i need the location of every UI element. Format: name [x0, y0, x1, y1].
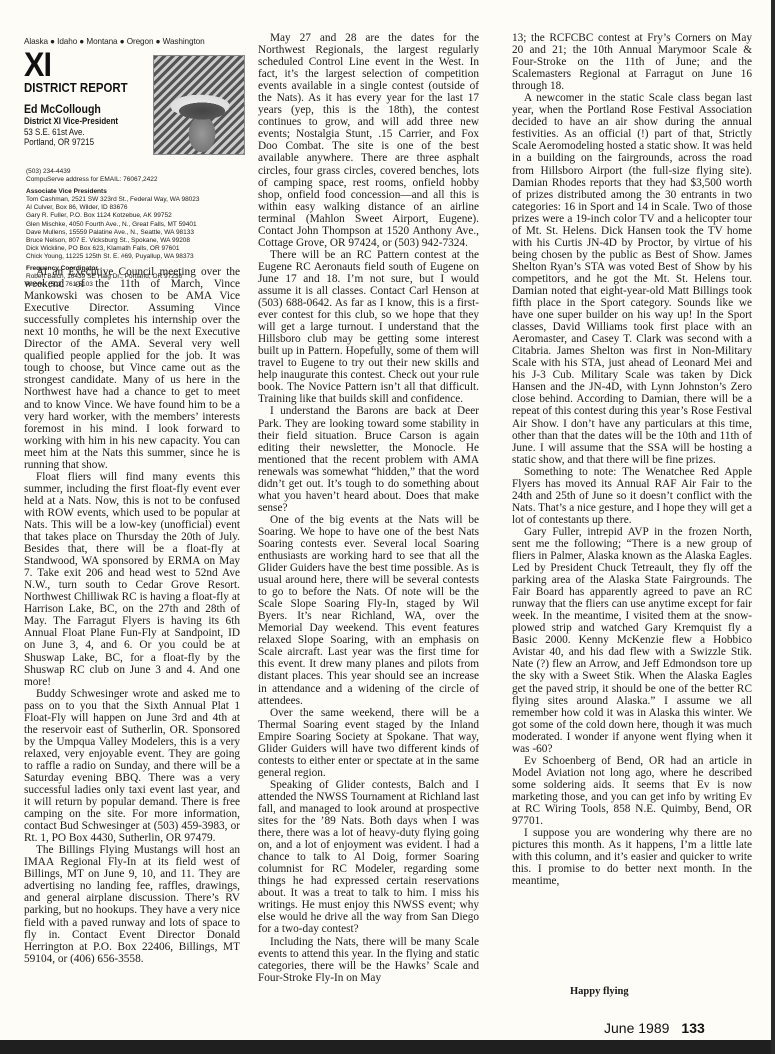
signoff: Happy flying	[570, 986, 629, 997]
paragraph: A newcomer in the static Scale class beg…	[512, 92, 752, 465]
address-line: 53 S.E. 61st Ave.	[24, 127, 94, 137]
paragraph: The Billings Flying Mustangs will host a…	[24, 844, 240, 964]
scan-border-bottom	[0, 1040, 775, 1054]
paragraph: Including the Nats, there will be many S…	[258, 936, 479, 984]
email: CompuServe address for EMAIL: 76067,2422	[26, 176, 200, 184]
paragraph: May 27 and 28 are the dates for the Nort…	[258, 32, 479, 249]
section-title: DISTRICT REPORT	[24, 80, 128, 95]
author-title: District XI Vice-President	[24, 116, 118, 126]
paragraph: Speaking of Glider contests, Balch and I…	[258, 779, 479, 936]
district-number: XI	[24, 48, 51, 82]
paragraph: Float fliers will find many events this …	[24, 471, 240, 688]
avp-entry: Glen Mischke, 4050 Fourth Ave., N., Grea…	[26, 221, 200, 229]
magazine-page: Alaska ● Idaho ● Montana ● Oregon ● Wash…	[0, 0, 771, 1040]
page-footer: June 1989133	[604, 1020, 705, 1036]
column-3: 13; the RCFCBC contest at Fry’s Corners …	[512, 32, 752, 887]
address-line: Portland, OR 97215	[24, 137, 94, 147]
column-1: At an Executive Council meeting over the…	[24, 266, 240, 965]
phone: (503) 234-4439	[26, 168, 200, 176]
paragraph: Gary Fuller, intrepid AVP in the frozen …	[512, 526, 752, 755]
paragraph: Ev Schoenberg of Bend, OR had an article…	[512, 755, 752, 827]
district-states: Alaska ● Idaho ● Montana ● Oregon ● Wash…	[24, 37, 205, 46]
avp-entry: Tom Cashman, 2521 SW 323rd St., Federal …	[26, 196, 200, 204]
avp-entry: Gary R. Fuller, P.O. Box 1124 Kotzebue, …	[26, 212, 200, 220]
paragraph: I understand the Barons are back at Deer…	[258, 405, 479, 513]
avp-entry: Dick Wickline, PO Box 623, Klamath Falls…	[26, 245, 200, 253]
paragraph: One of the big events at the Nats will b…	[258, 514, 479, 707]
scan-border-right	[771, 0, 775, 1054]
paragraph: Something to note: The Wenatchee Red App…	[512, 466, 752, 526]
author-photo	[153, 55, 245, 155]
avp-entry: Bruce Nelson, 807 E. Vicksburg St., Spok…	[26, 237, 200, 245]
avp-heading: Associate Vice Presidents	[26, 188, 200, 196]
issue-date: June 1989	[604, 1020, 669, 1036]
author-name: Ed McCollough	[24, 102, 101, 116]
paragraph: At an Executive Council meeting over the…	[24, 266, 240, 471]
author-address: 53 S.E. 61st Ave. Portland, OR 97215	[24, 127, 94, 147]
page-number: 133	[681, 1020, 704, 1036]
avp-entry: Dave Mullens, 15559 Palatine Ave., N., S…	[26, 229, 200, 237]
paragraph: Over the same weekend, there will be a T…	[258, 707, 479, 779]
paragraph: I suppose you are wondering why there ar…	[512, 827, 752, 887]
paragraph: Buddy Schwesinger wrote and asked me to …	[24, 688, 240, 845]
avp-entry: Al Culver, Box 86, Wilder, ID 83676	[26, 204, 200, 212]
avp-entry: Chick Young, 11225 125th St. E. #69, Puy…	[26, 253, 200, 261]
column-2: May 27 and 28 are the dates for the Nort…	[258, 32, 479, 984]
paragraph: 13; the RCFCBC contest at Fry’s Corners …	[512, 32, 752, 92]
paragraph: There will be an RC Pattern contest at t…	[258, 249, 479, 406]
